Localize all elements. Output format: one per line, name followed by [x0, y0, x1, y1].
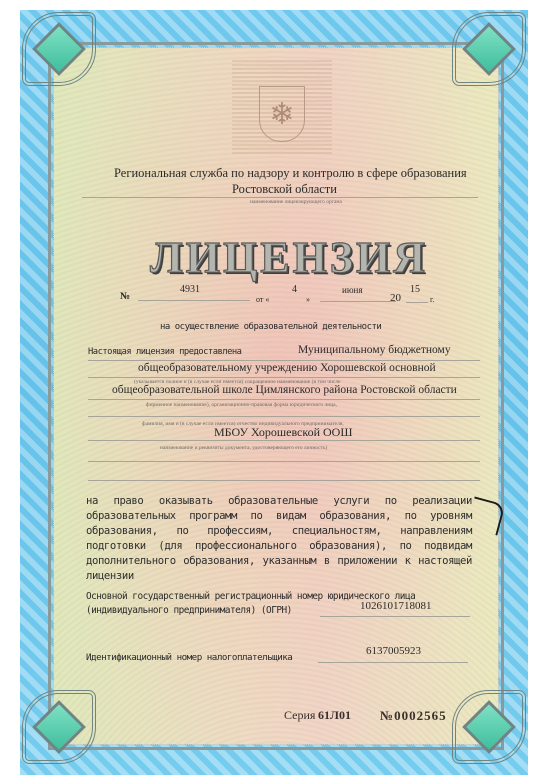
date-from-label: от «	[256, 295, 269, 304]
underline	[88, 461, 480, 462]
coat-of-arms-icon: ❄	[259, 86, 305, 142]
hint-line-4: наименование и реквизиты документа, удос…	[160, 445, 327, 451]
underline	[88, 399, 480, 400]
ogrn-value: 1026101718081	[360, 600, 432, 612]
ogrn-label-line-2: (индивидуального предпринимателя) (ОГРН)	[86, 605, 292, 616]
issuer-hint: наименование лицензирующего органа	[250, 199, 342, 205]
inn-value: 6137005923	[366, 645, 421, 657]
underline	[88, 416, 480, 417]
underline	[318, 662, 468, 663]
number-label: №	[120, 291, 130, 302]
granted-to-label: Настоящая лицензия предоставлена	[88, 347, 241, 357]
hint-line-2: фирменное наименование), организационно-…	[146, 402, 337, 408]
underline	[320, 301, 396, 302]
issuer-line-2: Ростовской области	[232, 182, 337, 197]
date-year-label: г.	[430, 295, 434, 304]
corner-ornament-icon	[22, 12, 96, 86]
inn-label: Идентификационный номер налогоплательщик…	[86, 652, 292, 663]
corner-ornament-icon	[452, 690, 526, 764]
date-month: июня	[342, 285, 363, 295]
underline	[82, 197, 478, 198]
corner-ornament-icon	[452, 12, 526, 86]
license-number: 4931	[180, 284, 200, 295]
date-year-prefix: 20	[390, 292, 401, 304]
document-title: ЛИЦЕНЗИЯ	[150, 232, 428, 283]
short-name: МБОУ Хорошевской ООШ	[214, 425, 352, 440]
underline	[88, 440, 480, 441]
corner-ornament-icon	[22, 690, 96, 764]
date-day: 4	[292, 284, 297, 295]
underline	[88, 377, 480, 378]
date-quote: »	[306, 295, 310, 304]
rights-text: на право оказывать образовательные услуг…	[86, 494, 472, 584]
series-value: 61Л01	[318, 708, 351, 723]
underline	[138, 300, 250, 301]
issuer-line-1: Региональная служба по надзору и контрол…	[114, 166, 467, 181]
granted-to-line-1: Муниципальному бюджетному	[298, 344, 451, 356]
underline	[88, 480, 480, 481]
serial-number: №0002565	[380, 708, 447, 724]
series-label: Серия	[284, 708, 315, 723]
granted-to-line-2: общеобразовательному учреждению Хорошевс…	[138, 362, 436, 374]
purpose-text: на осуществление образовательной деятель…	[160, 322, 381, 332]
underline	[320, 616, 470, 617]
underline	[88, 360, 480, 361]
underline	[406, 302, 428, 303]
granted-to-line-3: общеобразовательной школе Цимлянского ра…	[112, 384, 457, 396]
date-year-suffix: 15	[410, 284, 420, 295]
